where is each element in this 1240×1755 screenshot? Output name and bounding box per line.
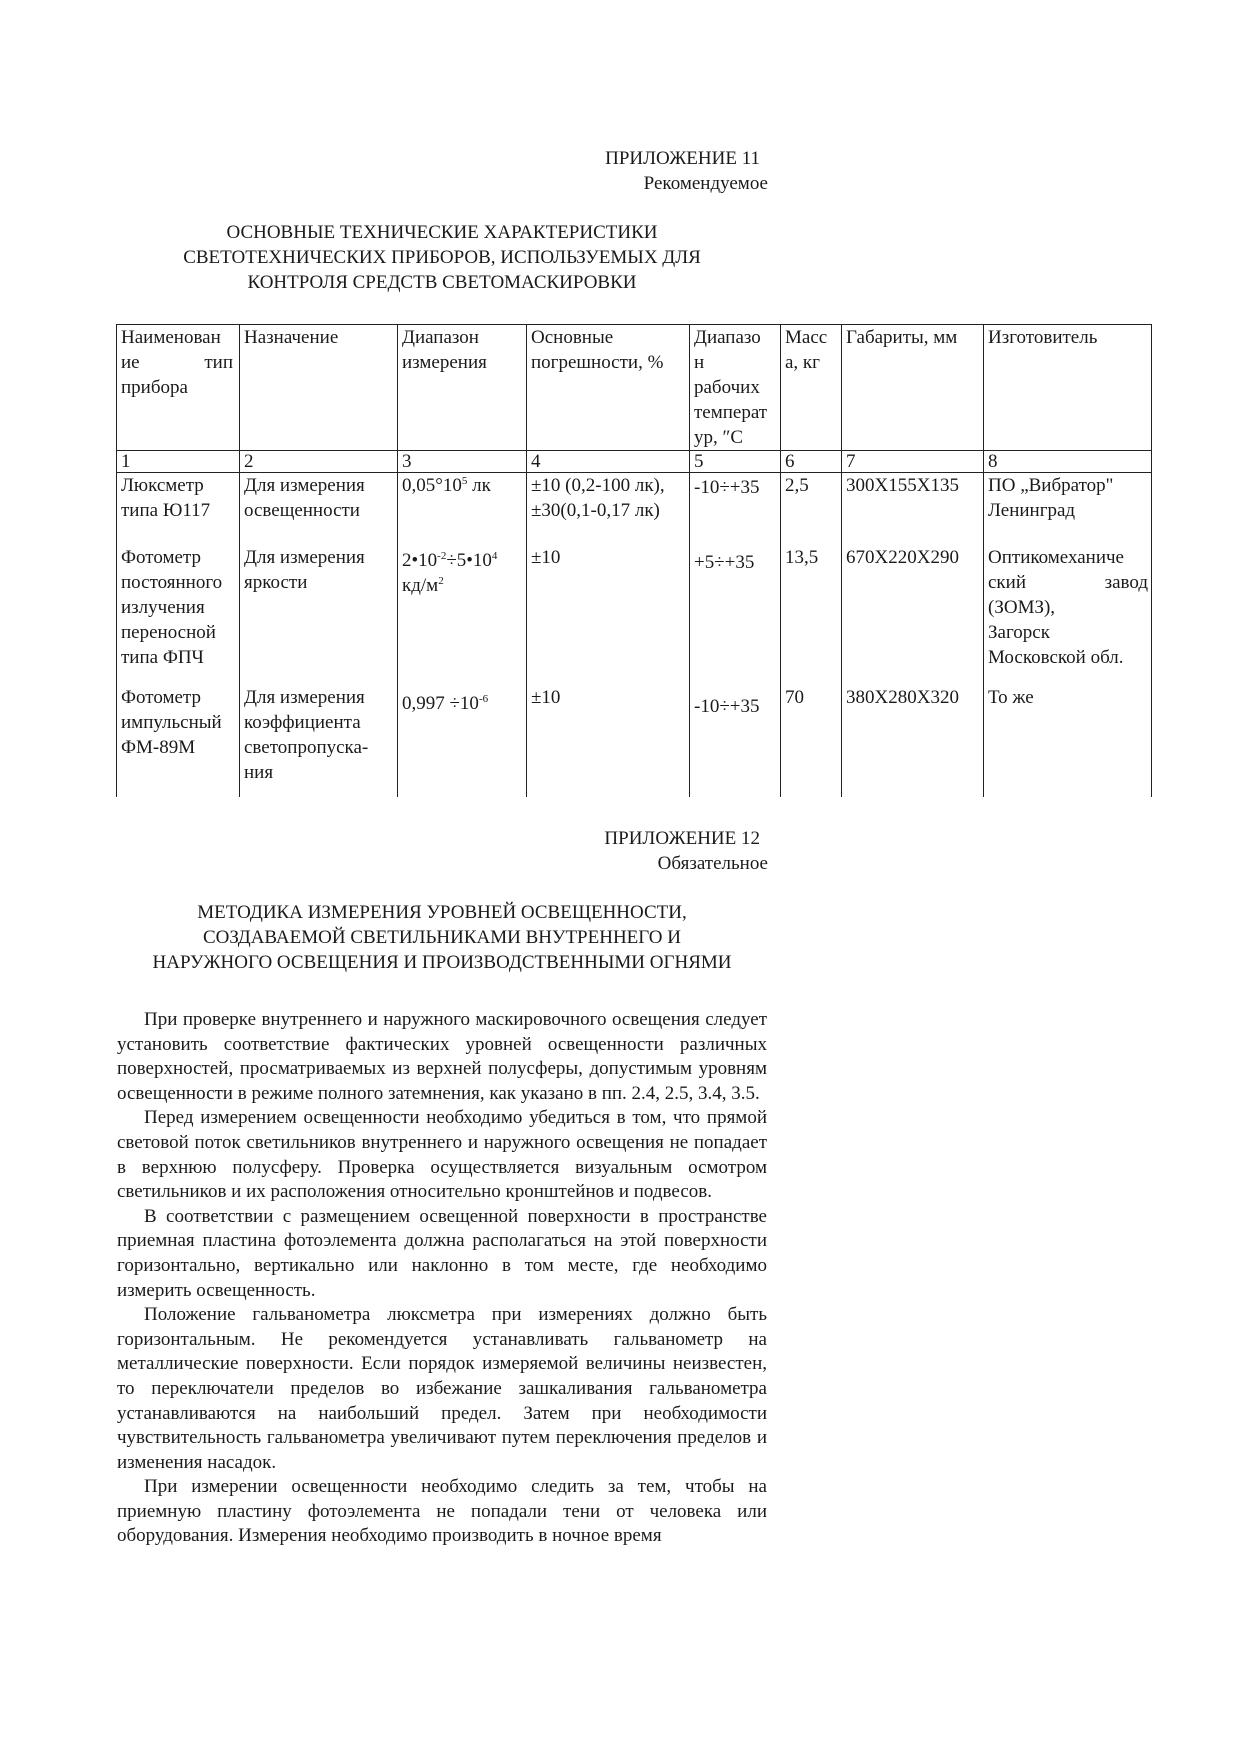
paragraph: Положение гальванометра люксметра при из… (117, 1303, 767, 1475)
cell-maker: Оптикомеханический завод(ЗОМЗ),ЗагорскМо… (984, 545, 1152, 685)
column-number: 3 (398, 451, 527, 473)
cell-name: Люксметртипа Ю117 (117, 473, 240, 545)
title-line: МЕТОДИКА ИЗМЕРЕНИЯ УРОВНЕЙ ОСВЕЩЕННОСТИ, (117, 900, 767, 925)
cell-range: 0,05°105 лк (398, 473, 527, 545)
appendix-12-title: МЕТОДИКА ИЗМЕРЕНИЯ УРОВНЕЙ ОСВЕЩЕННОСТИ,… (117, 900, 767, 975)
instruments-table: Наименование типприбора Назначение Диапа… (116, 324, 1152, 797)
header-maker: Изготовитель (984, 325, 1152, 451)
cell-temp: -10÷+35 (690, 685, 781, 797)
cell-temp: -10÷+35 (690, 473, 781, 545)
header-range: Диапазонизмерения (398, 325, 527, 451)
paragraph: При измерении освещенности необходимо сл… (117, 1475, 767, 1549)
cell-error: ±10 (527, 545, 690, 685)
title-line: СОЗДАВАЕМОЙ СВЕТИЛЬНИКАМИ ВНУТРЕННЕГО И (117, 925, 767, 950)
column-numbers-row: 1 2 3 4 5 6 7 8 (117, 451, 1152, 473)
column-number: 6 (781, 451, 842, 473)
column-number: 8 (984, 451, 1152, 473)
table-row: Фотометрпостоянногоизлученияпереноснойти… (117, 545, 1152, 685)
cell-error: ±10 (0,2-100 лк),±30(0,1-0,17 лк) (527, 473, 690, 545)
column-number: 4 (527, 451, 690, 473)
cell-name: Фотометрпостоянногоизлученияпереноснойти… (117, 545, 240, 685)
title-line: НАРУЖНОГО ОСВЕЩЕНИЯ И ПРОИЗВОДСТВЕННЫМИ … (117, 950, 767, 975)
cell-name: ФотометримпульсныйФМ-89М (117, 685, 240, 797)
appendix-12-header: ПРИЛОЖЕНИЕ 12 Обязательное (604, 826, 768, 876)
appendix-11-header: ПРИЛОЖЕНИЕ 11 Рекомендуемое (605, 146, 768, 196)
appendix-12-kind: Обязательное (604, 851, 768, 876)
cell-range: 0,997 ÷10-6 (398, 685, 527, 797)
cell-mass: 13,5 (781, 545, 842, 685)
cell-dims: 300X155X135 (842, 473, 984, 545)
title-line: КОНТРОЛЯ СРЕДСТВ СВЕТОМАСКИРОВКИ (117, 270, 767, 295)
cell-maker: То же (984, 685, 1152, 797)
methodology-text: При проверке внутреннего и наружного мас… (117, 1008, 767, 1549)
cell-purpose: Для измеренияосвещенности (240, 473, 398, 545)
appendix-11-kind: Рекомендуемое (605, 171, 768, 196)
table-row: ФотометримпульсныйФМ-89М Для измеренияко… (117, 685, 1152, 797)
appendix-11-number: ПРИЛОЖЕНИЕ 11 (605, 146, 768, 171)
column-number: 7 (842, 451, 984, 473)
cell-mass: 2,5 (781, 473, 842, 545)
cell-maker: ПО „Вибратор"Ленинград (984, 473, 1152, 545)
cell-purpose: Для измерениякоэффициентасветопропуска-н… (240, 685, 398, 797)
table-row: Люксметртипа Ю117 Для измеренияосвещенно… (117, 473, 1152, 545)
header-temp: Диапазонрабочихтемператур, ″С (690, 325, 781, 451)
cell-range: 2•10-2÷5•104кд/м2 (398, 545, 527, 685)
paragraph: Перед измерением освещенности необходимо… (117, 1106, 767, 1204)
appendix-12-number: ПРИЛОЖЕНИЕ 12 (604, 826, 768, 851)
header-name: Наименование типприбора (117, 325, 240, 451)
cell-error: ±10 (527, 685, 690, 797)
paragraph: В соответствии с размещением освещенной … (117, 1205, 767, 1303)
column-number: 1 (117, 451, 240, 473)
header-dims: Габариты, мм (842, 325, 984, 451)
title-line: ОСНОВНЫЕ ТЕХНИЧЕСКИЕ ХАРАКТЕРИСТИКИ (117, 220, 767, 245)
table-header-row: Наименование типприбора Назначение Диапа… (117, 325, 1152, 451)
column-number: 2 (240, 451, 398, 473)
header-mass: Масса, кг (781, 325, 842, 451)
paragraph: При проверке внутреннего и наружного мас… (117, 1008, 767, 1106)
cell-purpose: Для измеренияяркости (240, 545, 398, 685)
appendix-11-title: ОСНОВНЫЕ ТЕХНИЧЕСКИЕ ХАРАКТЕРИСТИКИ СВЕТ… (117, 220, 767, 295)
column-number: 5 (690, 451, 781, 473)
cell-temp: +5÷+35 (690, 545, 781, 685)
header-purpose: Назначение (240, 325, 398, 451)
cell-dims: 670X220X290 (842, 545, 984, 685)
title-line: СВЕТОТЕХНИЧЕСКИХ ПРИБОРОВ, ИСПОЛЬЗУЕМЫХ … (117, 245, 767, 270)
header-error: Основныепогрешности, % (527, 325, 690, 451)
cell-dims: 380X280X320 (842, 685, 984, 797)
cell-mass: 70 (781, 685, 842, 797)
